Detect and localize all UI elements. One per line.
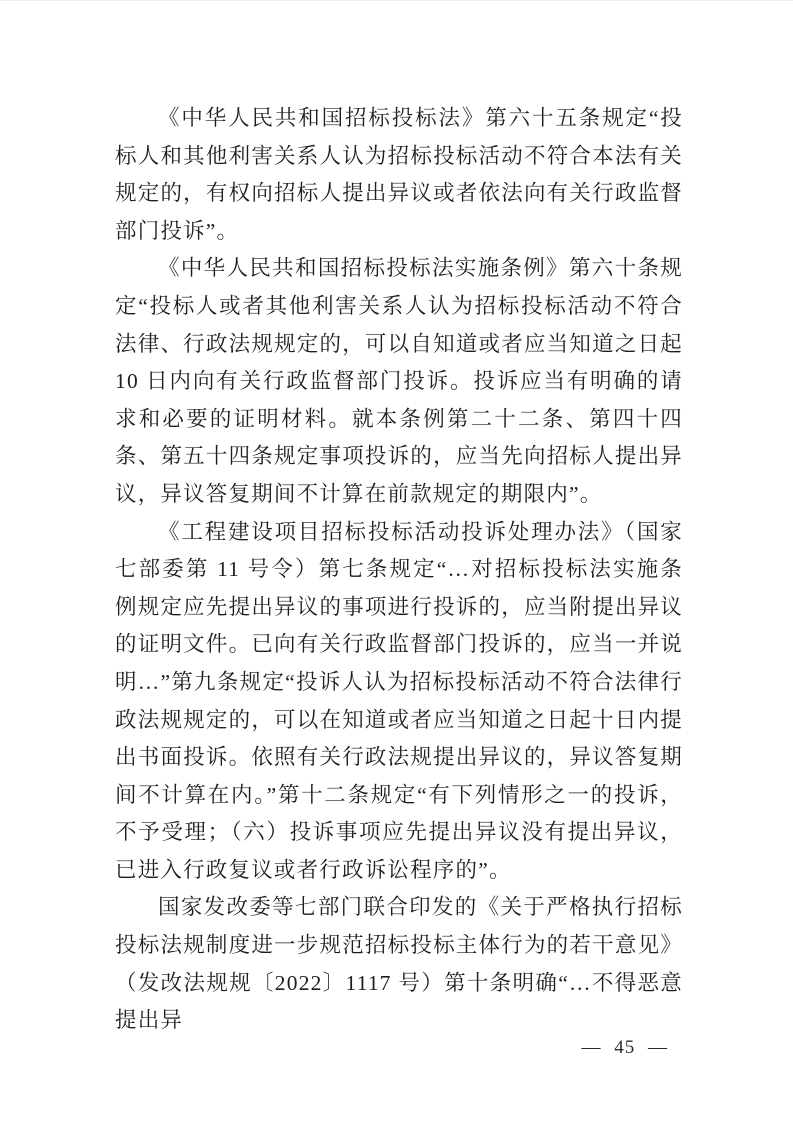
paragraph-implementation-regulation-article60: 《中华人民共和国招标投标法实施条例》第六十条规定“投标人或者其他利害关系人认为招… [115, 250, 683, 513]
page-number: — 45 — [582, 1037, 669, 1058]
document-body: 《中华人民共和国招标投标法》第六十五条规定“投标人和其他利害关系人认为招标投标活… [115, 100, 683, 1040]
paragraph-complaint-handling-measures: 《工程建设项目招标投标活动投诉处理办法》（国家七部委第 11 号令）第七条规定“… [115, 514, 683, 890]
page-footer: — 45 — [582, 1037, 669, 1059]
paragraph-ndrc-joint-opinion: 国家发改委等七部门联合印发的《关于严格执行招标投标法规制度进一步规范招标投标主体… [115, 889, 683, 1039]
paragraph-bidding-law-article65: 《中华人民共和国招标投标法》第六十五条规定“投标人和其他利害关系人认为招标投标活… [115, 100, 683, 250]
document-page: 《中华人民共和国招标投标法》第六十五条规定“投标人和其他利害关系人认为招标投标活… [0, 0, 793, 1122]
